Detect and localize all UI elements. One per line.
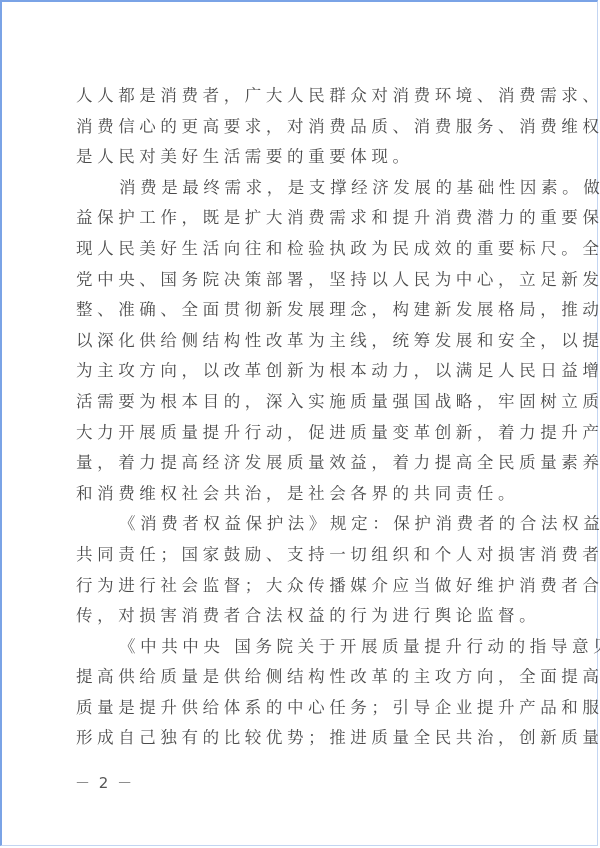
text-line: 共同责任；国家鼓励、支持一切组织和个人对损害消费者合法权益的: [76, 540, 525, 571]
text-line: 质量是提升供给体系的中心任务；引导企业提升产品和服务附加值，: [76, 693, 525, 724]
text-line: 现人民美好生活向往和检验执政为民成效的重要标尺。全面贯彻落实: [76, 234, 525, 265]
text-line: 益保护工作，既是扩大消费需求和提升消费潜力的重要保障，也是实: [76, 203, 525, 234]
text-line: 《中共中央 国务院关于开展质量提升行动的指导意见》指出：: [76, 632, 525, 663]
text-line: 党中央、国务院决策部署，坚持以人民为中心，立足新发展阶段，完: [76, 265, 525, 296]
text-line: 《消费者权益保护法》规定：保护消费者的合法权益是全社会的: [76, 509, 525, 540]
text-line: 为主攻方向，以改革创新为根本动力，以满足人民日益增长的美好生: [76, 356, 525, 387]
text-line: 是人民对美好生活需要的重要体现。: [76, 142, 525, 173]
paragraph: 消费是最终需求，是支撑经济发展的基础性因素。做好消费者权 益保护工作，既是扩大消…: [76, 173, 525, 510]
text-line: 消费是最终需求，是支撑经济发展的基础性因素。做好消费者权: [76, 173, 525, 204]
paragraph: 人人都是消费者，广大人民群众对消费环境、消费需求、消费决策、 消费信心的更高要求…: [76, 81, 525, 173]
page-number: － 2 －: [75, 772, 134, 793]
text-line: 整、准确、全面贯彻新发展理念，构建新发展格局，推动高质量发展，: [76, 295, 525, 326]
text-line: 传，对损害消费者合法权益的行为进行舆论监督。: [76, 601, 525, 632]
text-line: 以深化供给侧结构性改革为主线，统筹发展和安全，以提高供给质量: [76, 326, 525, 357]
text-line: 量，着力提高经济发展质量效益，着力提高全民质量素养，推进质量: [76, 448, 525, 479]
text-line: 提高供给质量是供给侧结构性改革的主攻方向，全面提高产品和服务: [76, 662, 525, 693]
document-page: 人人都是消费者，广大人民群众对消费环境、消费需求、消费决策、 消费信心的更高要求…: [76, 81, 525, 754]
text-line: 大力开展质量提升行动，促进质量变革创新，着力提升产品和服务质: [76, 418, 525, 449]
paragraph: 《消费者权益保护法》规定：保护消费者的合法权益是全社会的 共同责任；国家鼓励、支…: [76, 509, 525, 631]
text-line: 形成自己独有的比较优势；推进质量全民共治，创新质量治理模式，: [76, 723, 525, 754]
text-line: 和消费维权社会共治，是社会各界的共同责任。: [76, 479, 525, 510]
text-line: 消费信心的更高要求，对消费品质、消费服务、消费维权的更高期望，: [76, 112, 525, 143]
text-line: 人人都是消费者，广大人民群众对消费环境、消费需求、消费决策、: [76, 81, 525, 112]
text-line: 行为进行社会监督；大众传播媒介应当做好维护消费者合法权益的宣: [76, 571, 525, 602]
text-line: 活需要为根本目的，深入实施质量强国战略，牢固树立质量第一意识，: [76, 387, 525, 418]
paragraph: 《中共中央 国务院关于开展质量提升行动的指导意见》指出： 提高供给质量是供给侧结…: [76, 632, 525, 754]
